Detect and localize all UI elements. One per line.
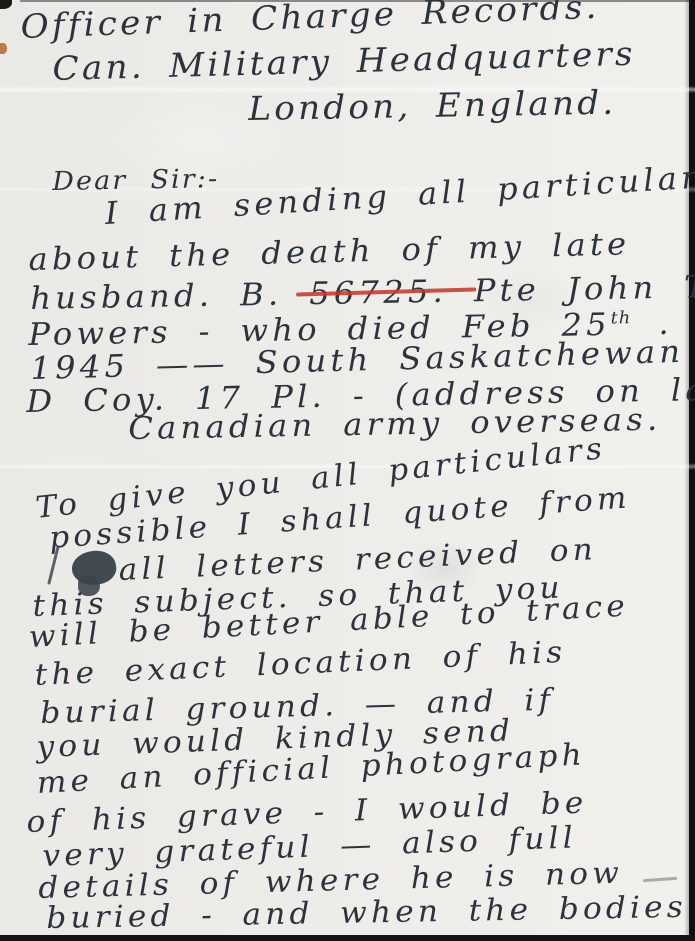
date-ordinal-suffix: th (611, 308, 632, 328)
address-line: London, England. (248, 84, 617, 128)
scan-edge-right (689, 0, 695, 941)
scan-edge-bottom (0, 935, 695, 941)
address-line: Can. Military Headquarters (52, 35, 636, 88)
letter-page: Officer in Charge Records. Can. Military… (0, 0, 695, 941)
body-line: about the death of my late (28, 227, 631, 278)
scan-corner-mark (0, 0, 12, 9)
rust-spot (0, 43, 7, 54)
trailing-dash (643, 877, 677, 882)
